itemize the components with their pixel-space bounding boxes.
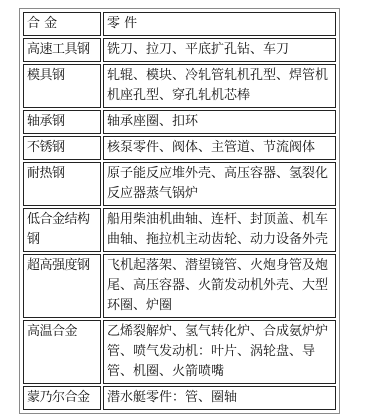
parts-cell: 船用柴油机曲轴、连杆、封顶盖、机车曲轴、拖拉机主动齿轮、动力设备外壳 xyxy=(103,208,336,252)
parts-cell: 飞机起落架、潜望镜管、火炮身管及炮尾、高压容器、火箭发动机外壳、大型环圈、炉圈 xyxy=(103,254,336,318)
table-header-row: 合 金 零 件 xyxy=(23,12,336,36)
alloy-cell: 高速工具钢 xyxy=(23,38,101,62)
table-row: 高温合金 乙烯裂解炉、氢气转化炉、合成氨炉炉管、喷气发动机：叶片、涡轮盘、导管、… xyxy=(23,320,336,384)
table-row: 轴承钢 轴承座圈、扣环 xyxy=(23,110,336,134)
alloy-cell: 不锈钢 xyxy=(23,136,101,160)
alloy-cell: 蒙乃尔合金 xyxy=(23,386,101,410)
alloy-parts-table-frame: 合 金 零 件 高速工具钢 铣刀、拉刀、平底扩孔钻、车刀 模具钢 轧辊、模块、冷… xyxy=(19,8,340,414)
table-row: 超高强度钢 飞机起落架、潜望镜管、火炮身管及炮尾、高压容器、火箭发动机外壳、大型… xyxy=(23,254,336,318)
parts-cell: 轴承座圈、扣环 xyxy=(103,110,336,134)
alloy-cell: 耐热钢 xyxy=(23,162,101,206)
table-row: 低合金结构钢 船用柴油机曲轴、连杆、封顶盖、机车曲轴、拖拉机主动齿轮、动力设备外… xyxy=(23,208,336,252)
parts-cell: 潜水艇零件：管、圈轴 xyxy=(103,386,336,410)
alloy-cell: 低合金结构钢 xyxy=(23,208,101,252)
table-row: 不锈钢 核泵零件、阀体、主管道、节流阀体 xyxy=(23,136,336,160)
parts-cell: 乙烯裂解炉、氢气转化炉、合成氨炉炉管、喷气发动机：叶片、涡轮盘、导管、机圈、火箭… xyxy=(103,320,336,384)
table-row: 蒙乃尔合金 潜水艇零件：管、圈轴 xyxy=(23,386,336,410)
alloy-cell: 模具钢 xyxy=(23,64,101,108)
alloy-cell: 轴承钢 xyxy=(23,110,101,134)
parts-cell: 铣刀、拉刀、平底扩孔钻、车刀 xyxy=(103,38,336,62)
header-parts: 零 件 xyxy=(103,12,336,36)
parts-cell: 原子能反应堆外壳、高压容器、氢裂化反应器蒸气锅炉 xyxy=(103,162,336,206)
alloy-parts-table: 合 金 零 件 高速工具钢 铣刀、拉刀、平底扩孔钻、车刀 模具钢 轧辊、模块、冷… xyxy=(21,10,338,412)
alloy-cell: 超高强度钢 xyxy=(23,254,101,318)
parts-cell: 轧辊、模块、冷轧管轧机孔型、焊管机机座孔型、穿孔轧机芯棒 xyxy=(103,64,336,108)
parts-cell: 核泵零件、阀体、主管道、节流阀体 xyxy=(103,136,336,160)
table-row: 耐热钢 原子能反应堆外壳、高压容器、氢裂化反应器蒸气锅炉 xyxy=(23,162,336,206)
alloy-cell: 高温合金 xyxy=(23,320,101,384)
table-row: 模具钢 轧辊、模块、冷轧管轧机孔型、焊管机机座孔型、穿孔轧机芯棒 xyxy=(23,64,336,108)
table-row: 高速工具钢 铣刀、拉刀、平底扩孔钻、车刀 xyxy=(23,38,336,62)
header-alloy: 合 金 xyxy=(23,12,101,36)
